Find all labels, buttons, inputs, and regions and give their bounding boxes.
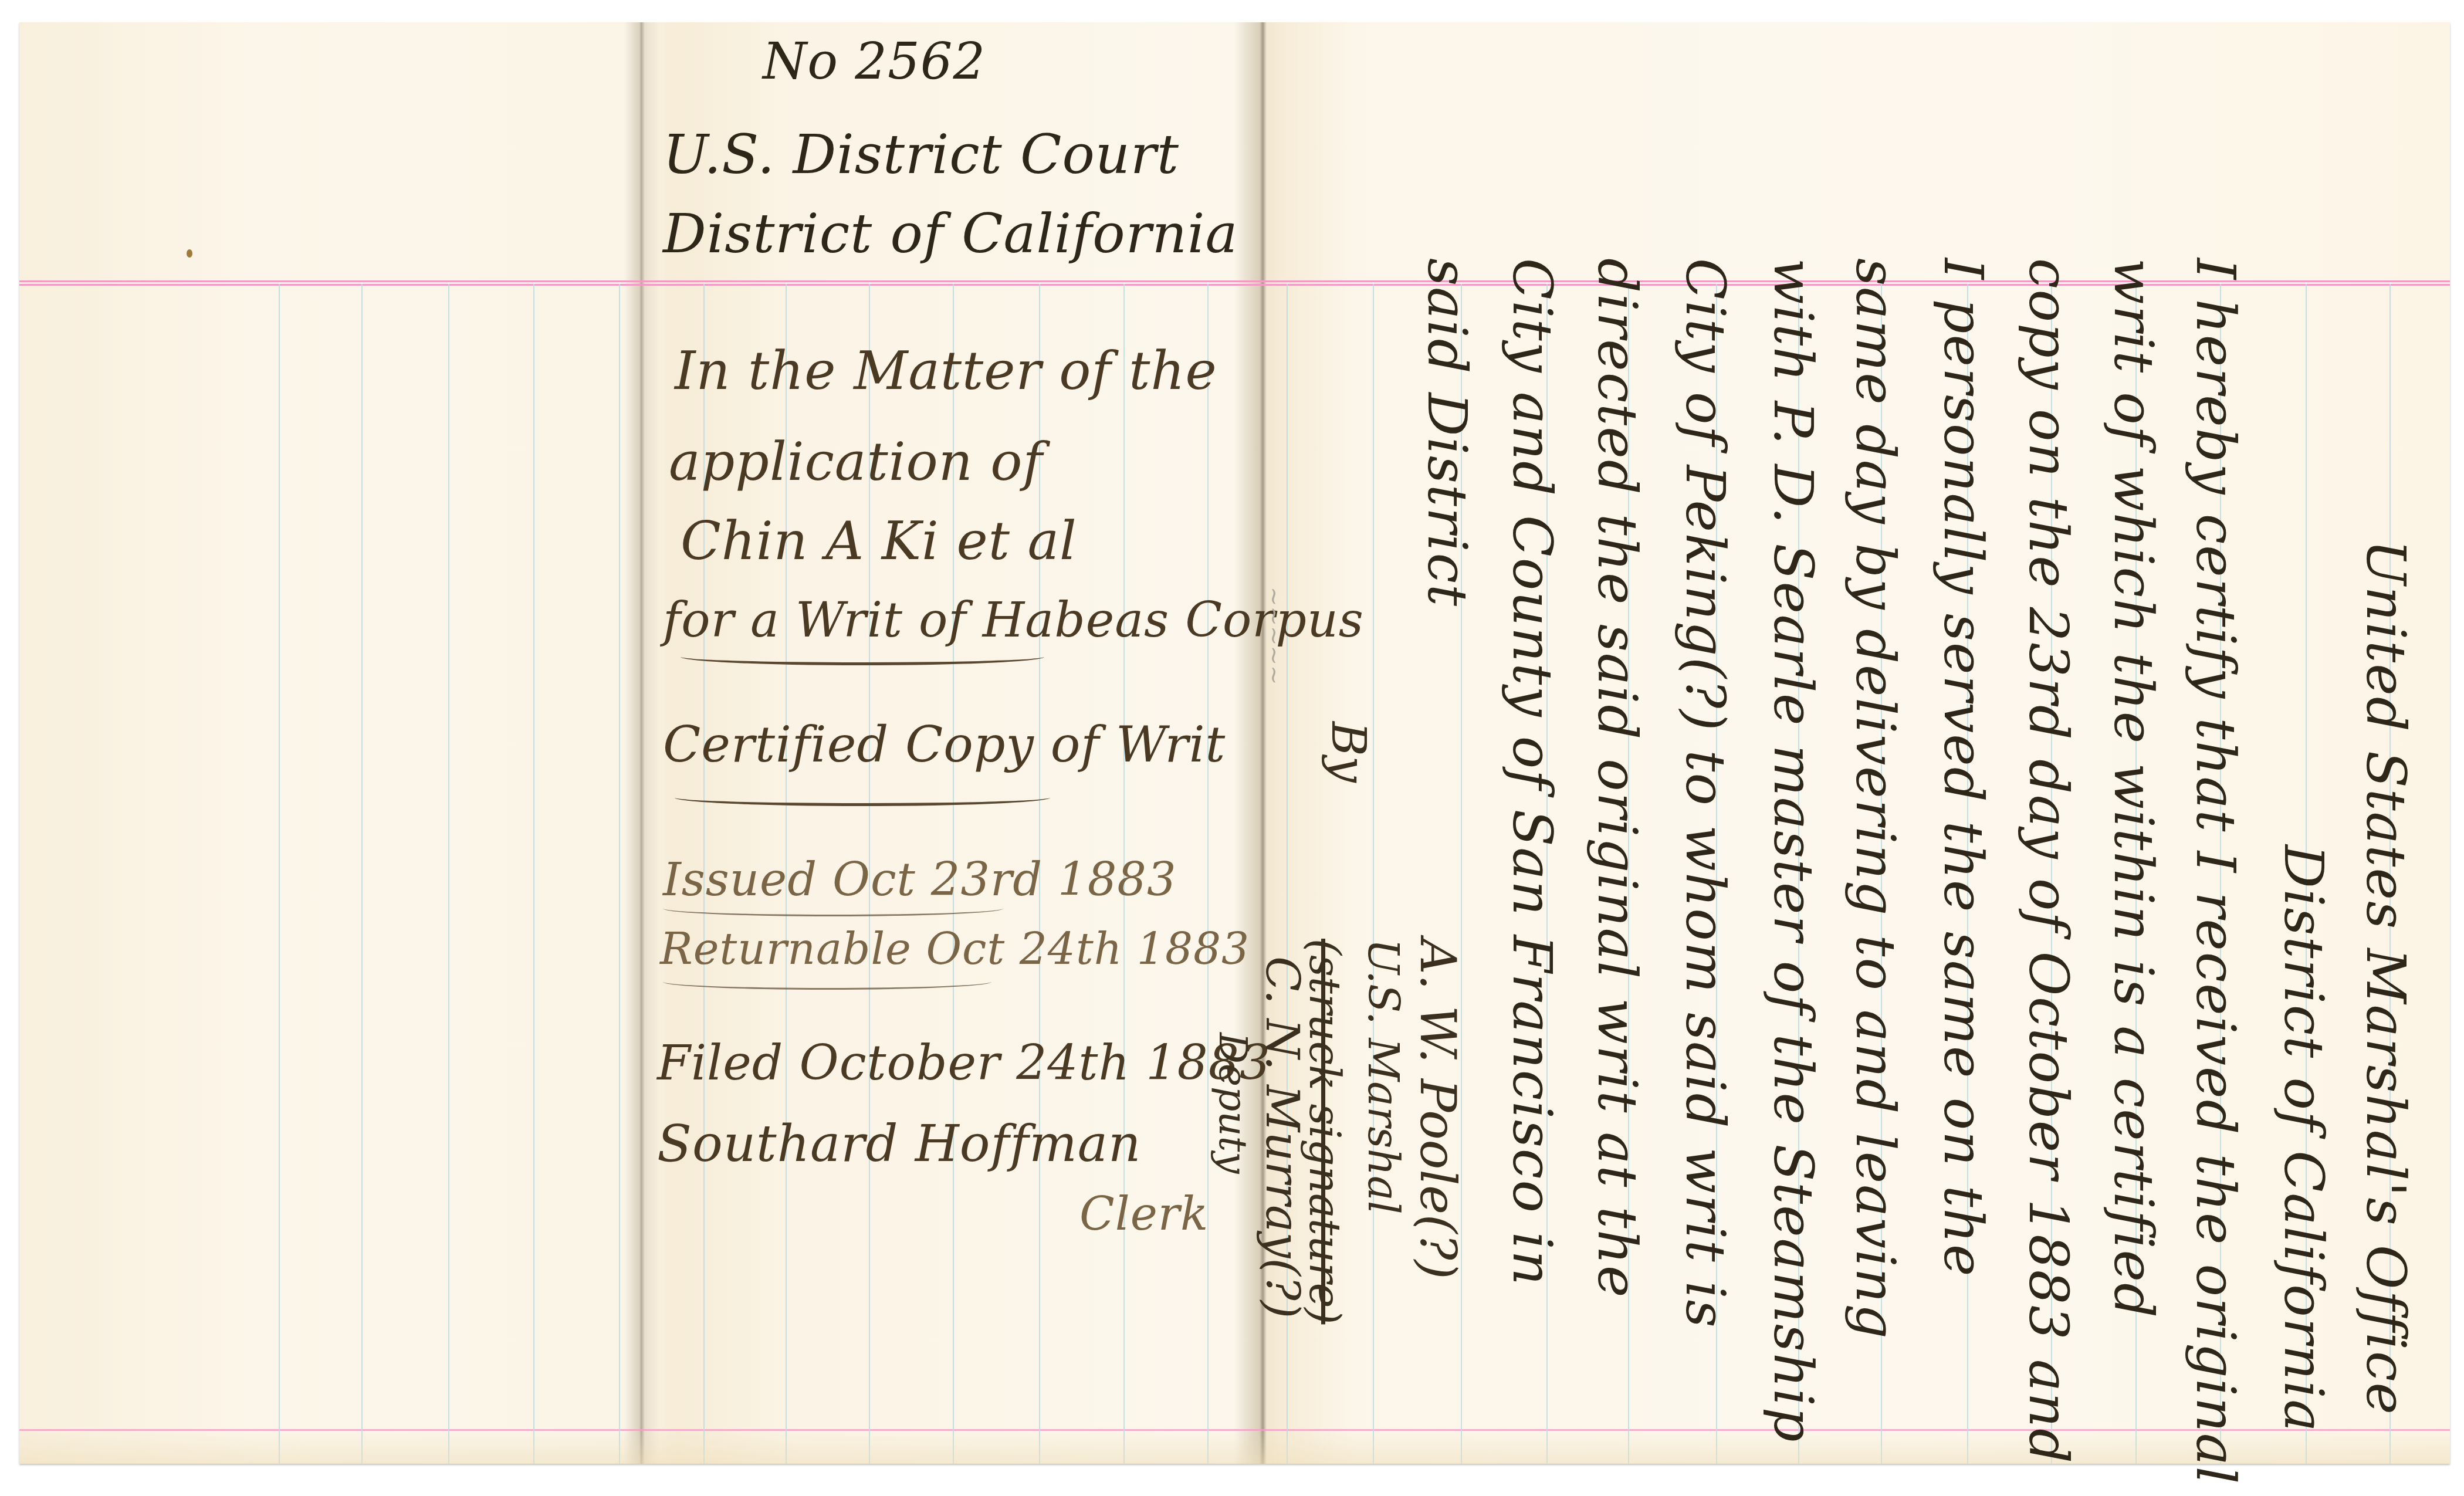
return-line: directed the said original writ at the	[1586, 258, 1649, 1298]
return-line: writ of which the within is a certified	[2102, 258, 2165, 1319]
marshal-title: U.S. Marshal	[1359, 939, 1408, 1214]
flourish-divider	[675, 789, 1050, 806]
return-line: with P. D. Searle master of the Steamshi…	[1762, 258, 1825, 1443]
by-label: By	[1321, 722, 1376, 783]
return-heading-office: United States Marshal's Office	[2354, 540, 2417, 1416]
caption-line-4: for a Writ of Habeas Corpus	[663, 593, 1364, 648]
district-name: District of California	[663, 202, 1238, 265]
caption-line-1: In the Matter of the	[675, 340, 1217, 402]
column-rule	[1207, 284, 1209, 1464]
deputy-signature: C. N. Murray(?)	[1255, 956, 1308, 1318]
caption-line-3: Chin A Ki et al	[681, 510, 1077, 572]
clerk-signature: Southard Hoffman	[657, 1115, 1141, 1173]
return-line: said District	[1416, 258, 1478, 607]
clerk-title: Clerk	[1079, 1188, 1209, 1241]
return-line: City and County of San Francisco in	[1501, 258, 1563, 1287]
deputy-title: Deputy	[1210, 1033, 1255, 1174]
return-line: I personally served the same on the	[1932, 258, 1995, 1277]
returnable-date: Returnable Oct 24th 1883	[660, 924, 1250, 974]
court-name: U.S. District Court	[663, 123, 1179, 186]
marshal-signature: A. W. Poole(?)	[1409, 939, 1467, 1280]
issued-date: Issued Oct 23rd 1883	[663, 854, 1177, 906]
top-margin-rule	[19, 280, 2450, 286]
flourish-divider	[681, 648, 1044, 665]
fold-crease-left	[624, 22, 659, 1464]
column-rule	[533, 284, 534, 1464]
caption-line-2: application of	[669, 431, 1043, 493]
return-line: copy on the 23rd day of October 1883 and	[2017, 258, 2080, 1464]
return-line: I hereby certify that I received the ori…	[2184, 258, 2247, 1485]
flourish-divider	[663, 974, 991, 990]
docket-number: No 2562	[763, 32, 986, 91]
pencil-mark: ~~~~~	[1261, 587, 1288, 685]
bottom-margin-rule	[19, 1429, 2450, 1431]
return-line: City of Peking(?) to whom said writ is	[1674, 258, 1737, 1329]
ink-spot	[187, 249, 192, 258]
return-line: same day by delivering to and leaving	[1844, 258, 1907, 1340]
document-title: Certified Copy of Writ	[663, 716, 1226, 773]
column-rule	[619, 284, 620, 1464]
column-rule	[361, 284, 363, 1464]
column-rule	[448, 284, 449, 1464]
column-rule	[279, 284, 280, 1464]
flourish-divider	[663, 901, 1003, 916]
column-rule	[1373, 284, 1374, 1464]
filed-date: Filed October 24th 1883	[657, 1035, 1271, 1091]
return-heading-district: District of California	[2272, 845, 2335, 1433]
